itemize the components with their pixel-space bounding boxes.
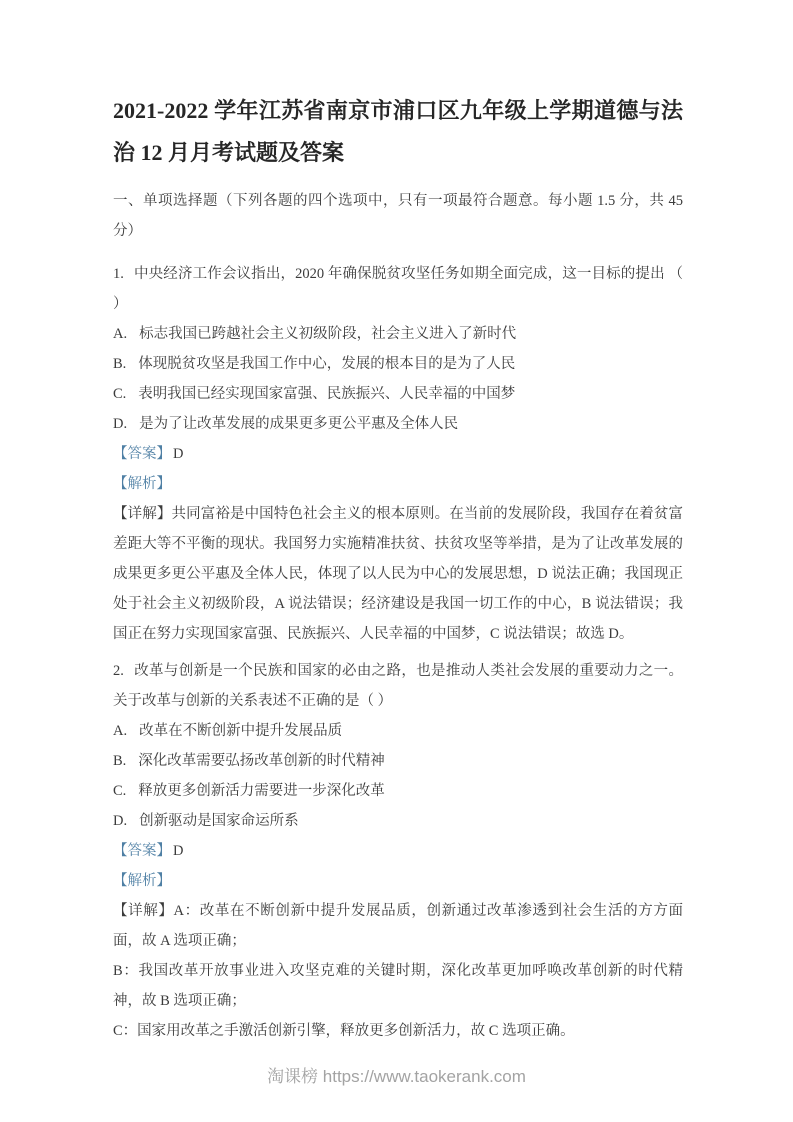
document-content: 2021-2022 学年江苏省南京市浦口区九年级上学期道德与法治 12 月月考试… <box>113 90 683 1046</box>
option-a: A.改革在不断创新中提升发展品质 <box>113 716 683 746</box>
detail-paragraph: 【详解】共同富裕是中国特色社会主义的根本原则。在当前的发展阶段，我国存在着贫富差… <box>113 499 683 649</box>
analysis-label: 【解析】 <box>113 476 171 492</box>
analysis-label: 【解析】 <box>113 873 171 889</box>
option-text: 表明我国已经实现国家富强、民族振兴、人民幸福的中国梦 <box>138 386 515 402</box>
footer-link[interactable]: 淘课榜 https://www.taokerank.com <box>267 1067 526 1086</box>
option-b: B.深化改革需要弘扬改革创新的时代精神 <box>113 746 683 776</box>
option-c: C.释放更多创新活力需要进一步深化改革 <box>113 776 683 806</box>
question-number: 2. <box>113 663 124 679</box>
option-text: 释放更多创新活力需要进一步深化改革 <box>138 783 385 799</box>
question-number: 1. <box>113 266 124 282</box>
option-d: D.创新驱动是国家命运所系 <box>113 806 683 836</box>
option-label: D. <box>113 416 127 432</box>
option-text: 是为了让改革发展的成果更多更公平惠及全体人民 <box>139 416 458 432</box>
detail-paragraph: 【详解】A：改革在不断创新中提升发展品质，创新通过改革渗透到社会生活的方方面面，… <box>113 896 683 956</box>
option-label: D. <box>113 813 127 829</box>
answer-line: 【答案】D <box>113 439 683 469</box>
option-label: C. <box>113 386 126 402</box>
option-b: B.体现脱贫攻坚是我国工作中心，发展的根本目的是为了人民 <box>113 349 683 379</box>
option-label: C. <box>113 783 126 799</box>
answer-label: 【答案】 <box>113 446 171 462</box>
question-stem-text: 改革与创新是一个民族和国家的必由之路，也是推动人类社会发展的重要动力之一。关于改… <box>113 663 683 709</box>
option-text: 体现脱贫攻坚是我国工作中心，发展的根本目的是为了人民 <box>138 356 515 372</box>
option-c: C.表明我国已经实现国家富强、民族振兴、人民幸福的中国梦 <box>113 379 683 409</box>
option-a: A.标志我国已跨越社会主义初级阶段，社会主义进入了新时代 <box>113 319 683 349</box>
footer-watermark: 淘课榜 https://www.taokerank.com <box>0 1062 793 1087</box>
option-text: 改革在不断创新中提升发展品质 <box>139 723 342 739</box>
analysis-line: 【解析】 <box>113 469 683 499</box>
document-title: 2021-2022 学年江苏省南京市浦口区九年级上学期道德与法治 12 月月考试… <box>113 90 683 174</box>
question-block-1: 1.中央经济工作会议指出，2020 年确保脱贫攻坚任务如期全面完成，这一目标的提… <box>113 252 683 649</box>
answer-label: 【答案】 <box>113 843 171 859</box>
answer-value: D <box>173 843 183 859</box>
option-label: A. <box>113 723 127 739</box>
option-label: B. <box>113 356 126 372</box>
detail-paragraph: C：国家用改革之手激活创新引擎，释放更多创新活力，故 C 选项正确。 <box>113 1016 683 1046</box>
option-text: 创新驱动是国家命运所系 <box>139 813 299 829</box>
detail-paragraph: B：我国改革开放事业进入攻坚克难的关键时期，深化改革更加呼唤改革创新的时代精神，… <box>113 956 683 1016</box>
option-text: 深化改革需要弘扬改革创新的时代精神 <box>138 753 385 769</box>
question-stem: 1.中央经济工作会议指出，2020 年确保脱贫攻坚任务如期全面完成，这一目标的提… <box>113 259 683 319</box>
answer-value: D <box>173 446 183 462</box>
question-stem-text: 中央经济工作会议指出，2020 年确保脱贫攻坚任务如期全面完成，这一目标的提出 … <box>113 266 683 312</box>
analysis-line: 【解析】 <box>113 866 683 896</box>
answer-line: 【答案】D <box>113 836 683 866</box>
option-text: 标志我国已跨越社会主义初级阶段，社会主义进入了新时代 <box>139 326 516 342</box>
option-d: D.是为了让改革发展的成果更多更公平惠及全体人民 <box>113 409 683 439</box>
section-header: 一、单项选择题（下列各题的四个选项中，只有一项最符合题意。每小题 1.5 分，共… <box>113 186 683 246</box>
question-stem: 2.改革与创新是一个民族和国家的必由之路，也是推动人类社会发展的重要动力之一。关… <box>113 656 683 716</box>
option-label: B. <box>113 753 126 769</box>
question-block-2: 2.改革与创新是一个民族和国家的必由之路，也是推动人类社会发展的重要动力之一。关… <box>113 649 683 1046</box>
option-label: A. <box>113 326 127 342</box>
document-page: 2021-2022 学年江苏省南京市浦口区九年级上学期道德与法治 12 月月考试… <box>0 0 793 1122</box>
